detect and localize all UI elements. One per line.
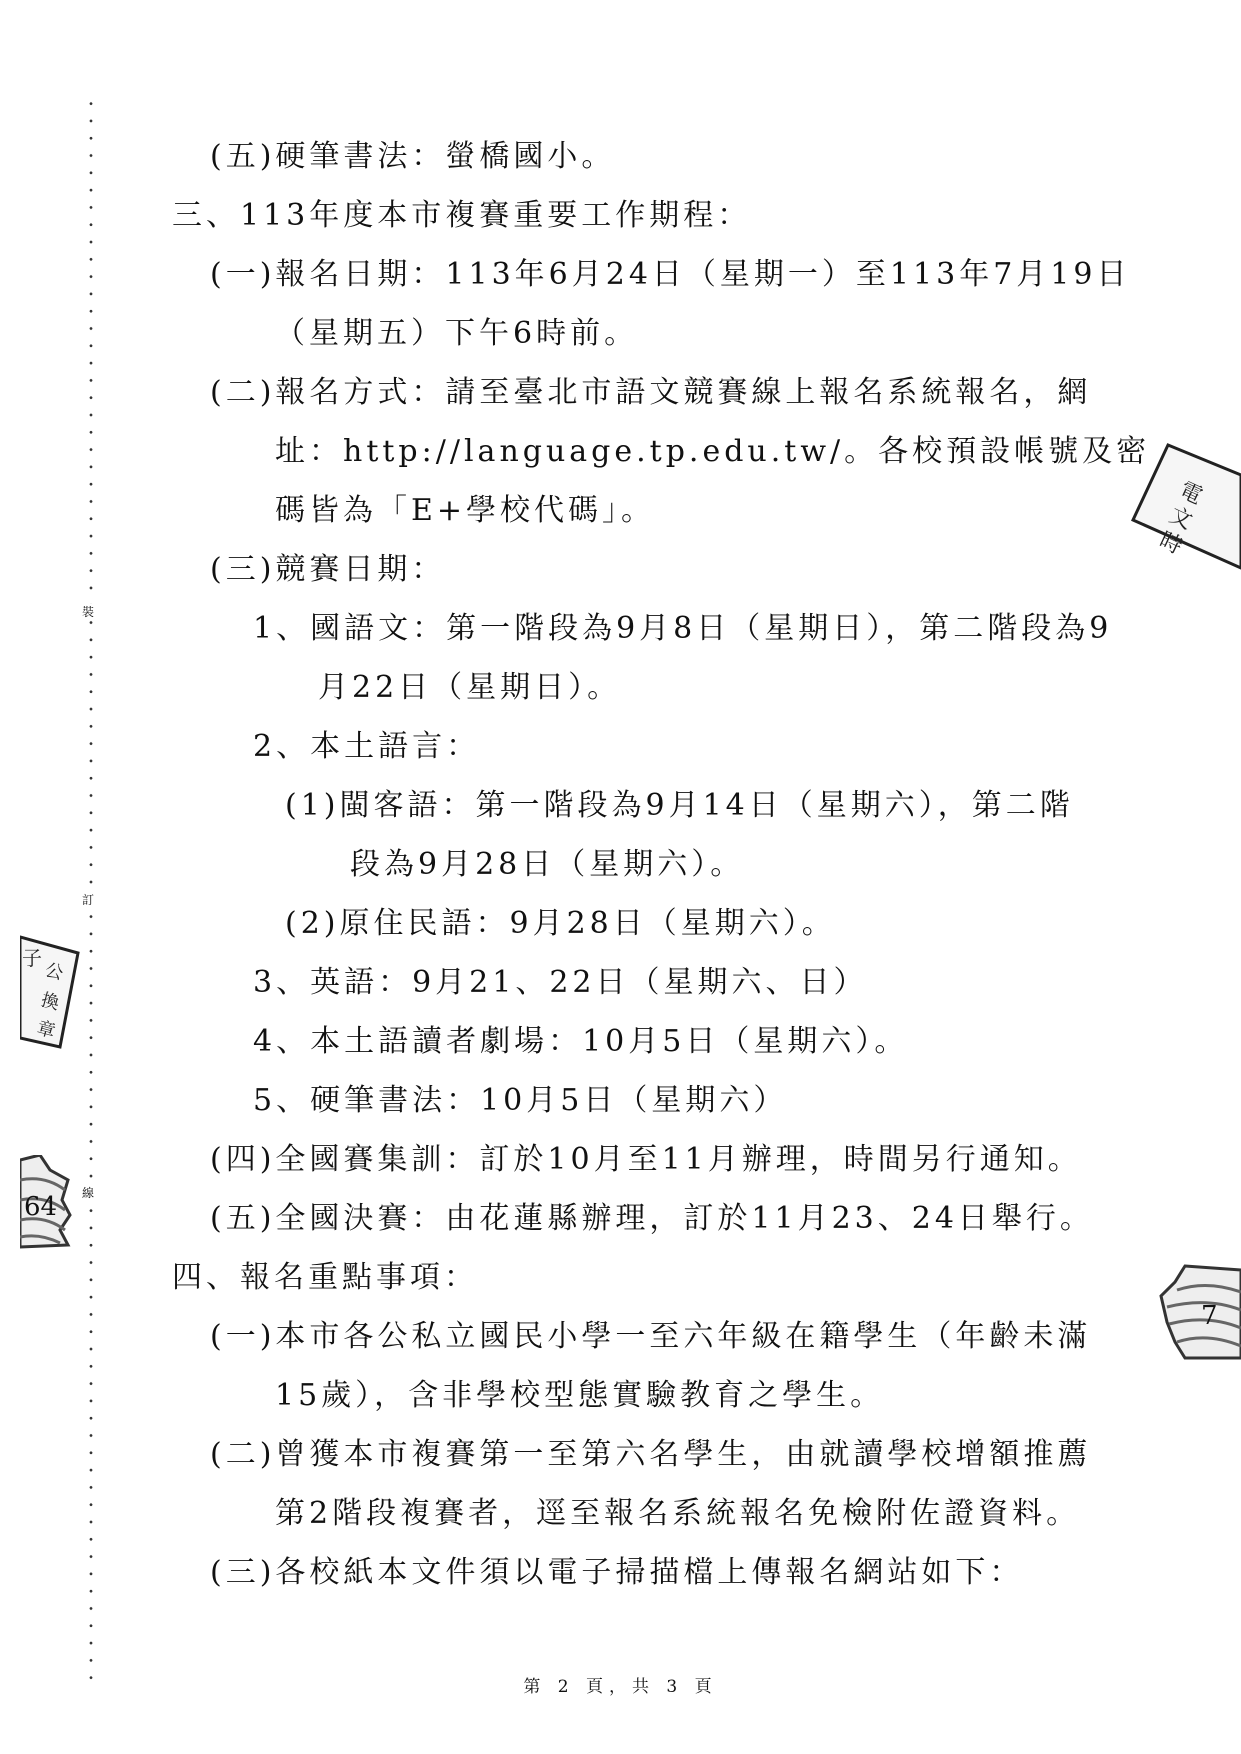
item-national-training: (四)全國賽集訓：訂於10月至11月辦理，時間另行通知。 (210, 1140, 1082, 1180)
item-competition-dates: (三)競賽日期： (210, 550, 445, 590)
item-registration-method: (二)報名方式：請至臺北市語文競賽線上報名系統報名，網 (210, 373, 1091, 413)
subsubitem-minnan-hakka: (1)閩客語：第一階段為9月14日（星期六），第二階 (285, 786, 1074, 826)
item-national-final: (五)全國決賽：由花蓮縣辦理，訂於11月23、24日舉行。 (210, 1199, 1094, 1239)
item-registration-date: (一)報名日期：113年6月24日（星期一）至113年7月19日 (210, 255, 1130, 295)
svg-text:子: 子 (22, 946, 42, 970)
item-upload-documents: (三)各校紙本文件須以電子掃描檔上傳報名網站如下： (210, 1553, 1023, 1593)
subsubitem-indigenous: (2)原住民語：9月28日（星期六）。 (285, 904, 836, 944)
seal-stamp-icon: 子 公 換 章 (20, 935, 82, 1050)
item-registration-date-cont: （星期五）下午6時前。 (275, 314, 638, 354)
item-eligibility-cont: 15歲），含非學校型態實驗教育之學生。 (275, 1376, 884, 1416)
binding-margin-dots (88, 95, 94, 1685)
item-registration-method-url[interactable]: 址：http://language.tp.edu.tw/。各校預設帳號及密 (275, 432, 1150, 472)
page-number-footer: 第 2 頁，共 3 頁 (0, 1672, 1241, 1697)
item-registration-method-cont: 碼皆為「E+學校代碼」。 (275, 491, 655, 531)
subitem-mandarin-cont: 月22日（星期日）。 (318, 668, 621, 708)
section-heading-3: 三、113年度本市複賽重要工作期程： (172, 196, 751, 236)
binding-label-ding: 訂 (82, 892, 94, 908)
subitem-readers-theater: 4、本土語讀者劇場：10月5日（星期六）。 (253, 1022, 908, 1062)
stamp-left-mid: 子 公 換 章 (20, 935, 82, 1054)
seal-number: 7 (1201, 1301, 1218, 1331)
subitem-calligraphy: 5、硬筆書法：10月5日（星期六） (253, 1081, 787, 1121)
seal-left-64: 64 (20, 1155, 72, 1254)
section-item-5-calligraphy-venue: (五)硬筆書法：螢橋國小。 (210, 137, 615, 177)
wavy-seal-icon: 64 (20, 1155, 72, 1250)
subitem-native-languages: 2、本土語言： (253, 727, 480, 767)
seal-right-7: 7 (1157, 1262, 1241, 1366)
section-heading-4: 四、報名重點事項： (172, 1258, 478, 1298)
binding-label-xian: 線 (82, 1185, 94, 1201)
seal-number: 64 (24, 1192, 57, 1222)
subitem-mandarin: 1、國語文：第一階段為9月8日（星期日），第二階段為9 (253, 609, 1112, 649)
wavy-seal-icon: 7 (1157, 1262, 1241, 1362)
item-previous-winners-cont: 第2階段複賽者，逕至報名系統報名免檢附佐證資料。 (275, 1494, 1080, 1534)
subsubitem-minnan-hakka-cont: 段為9月28日（星期六）。 (350, 845, 744, 885)
item-previous-winners: (二)曾獲本市複賽第一至第六名學生，由就讀學校增額推薦 (210, 1435, 1091, 1475)
item-eligibility: (一)本市各公私立國民小學一至六年級在籍學生（年齡未滿 (210, 1317, 1091, 1357)
binding-label-zhuang: 裝 (82, 604, 94, 620)
subitem-english: 3、英語：9月21、22日（星期六、日） (253, 963, 868, 1003)
